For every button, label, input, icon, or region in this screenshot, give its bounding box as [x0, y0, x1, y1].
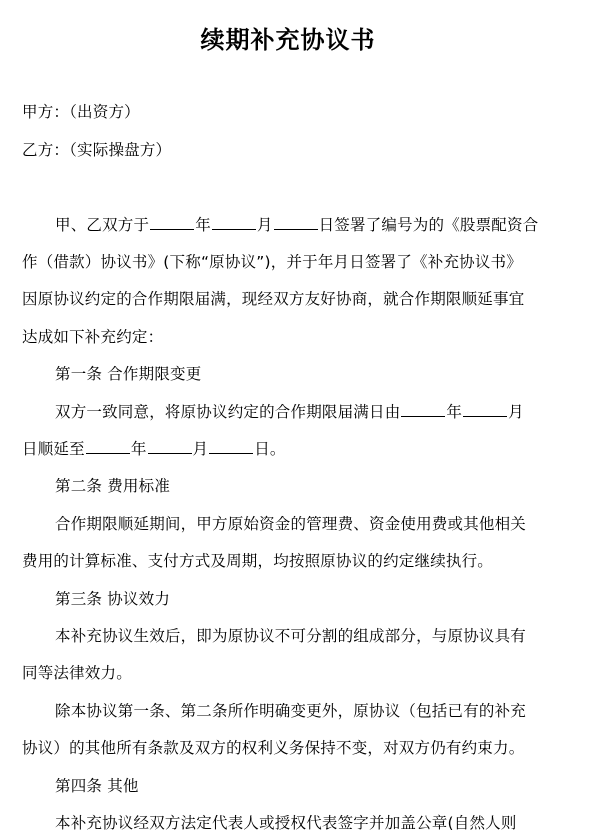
month-label: 月	[193, 440, 209, 458]
article-1-line-1: 双方一致同意，将原协议约定的合作期限届满日由年月	[55, 402, 524, 422]
year-blank[interactable]	[401, 402, 445, 417]
month-label: 月	[508, 403, 524, 421]
article-4-line-1: 本补充协议经双方法定代表人或授权代表签字并加盖公章(自然人则	[55, 813, 517, 833]
year-blank[interactable]	[86, 439, 130, 454]
intro-line-3: 因原协议约定的合作期限届满，现经双方友好协商，就合作期限顺延事宜	[22, 289, 524, 309]
month-label: 月	[257, 216, 273, 234]
party-b-line: 乙方：（实际操盘方）	[22, 140, 171, 160]
article-text: 日顺延至	[22, 440, 85, 458]
month-blank[interactable]	[212, 215, 256, 230]
year-blank[interactable]	[150, 215, 194, 230]
article-3-heading: 第三条 协议效力	[55, 589, 170, 609]
day-blank[interactable]	[209, 439, 253, 454]
article-3-p1-line-2: 同等法律效力。	[22, 663, 132, 683]
intro-line-2: 作（借款）协议书》(下称“原协议”)，并于年月日签署了《补充协议书》	[22, 252, 522, 272]
document-page: 续期补充协议书 甲方：（出资方） 乙方：（实际操盘方） 甲、乙双方于年月日签署了…	[0, 0, 591, 840]
article-4-heading: 第四条 其他	[55, 776, 139, 796]
year-label: 年	[195, 216, 211, 234]
article-1-line-2: 日顺延至年月日。	[22, 439, 286, 459]
day-blank[interactable]	[274, 215, 318, 230]
intro-text: 日签署了编号为的《股票配资合	[319, 216, 539, 234]
article-2-line-1: 合作期限顺延期间，甲方原始资金的管理费、资金使用费或其他相关	[55, 514, 526, 534]
article-3-p2-line-1: 除本协议第一条、第二条所作明确变更外，原协议（包括已有的补充	[55, 701, 526, 721]
party-a-line: 甲方：（出资方）	[22, 102, 140, 122]
year-label: 年	[131, 440, 147, 458]
article-2-line-2: 费用的计算标准、支付方式及周期，均按照原协议的约定继续执行。	[22, 551, 493, 571]
article-text: 双方一致同意，将原协议约定的合作期限届满日由	[55, 403, 400, 421]
article-2-heading: 第二条 费用标准	[55, 476, 170, 496]
year-label: 年	[446, 403, 462, 421]
day-label: 日。	[254, 440, 285, 458]
intro-text: 甲、乙双方于	[55, 216, 149, 234]
month-blank[interactable]	[463, 402, 507, 417]
article-1-heading: 第一条 合作期限变更	[55, 364, 201, 384]
article-3-p1-line-1: 本补充协议生效后，即为原协议不可分割的组成部分，与原协议具有	[55, 626, 526, 646]
month-blank[interactable]	[148, 439, 192, 454]
document-title: 续期补充协议书	[0, 24, 576, 56]
intro-line-1: 甲、乙双方于年月日签署了编号为的《股票配资合	[55, 215, 538, 235]
article-3-p2-line-2: 协议）的其他所有条款及双方的权利义务保持不变，对双方仍有约束力。	[22, 738, 524, 758]
intro-line-4: 达成如下补充约定：	[22, 327, 163, 347]
